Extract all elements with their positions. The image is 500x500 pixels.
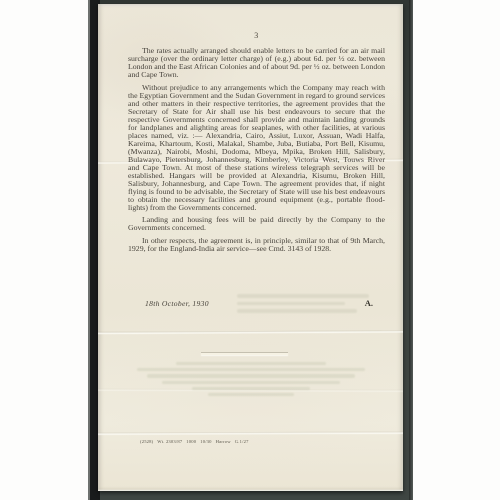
scanned-document-photo: 3 The rates actually arranged should ena… xyxy=(0,0,500,500)
backdrop-shadow-right xyxy=(409,0,413,500)
page-number: 3 xyxy=(128,31,385,40)
paragraph-other-respects: In other respects, the agreement is, in … xyxy=(128,237,385,253)
fold-crease-middle xyxy=(98,330,403,335)
reverse-side-show-through-right xyxy=(237,290,387,317)
paragraph-rates: The rates actually arranged should enabl… xyxy=(128,47,385,79)
reverse-side-show-through xyxy=(98,359,403,399)
show-through-smudge xyxy=(237,302,345,306)
show-through-smudge xyxy=(176,362,326,365)
printer-imprint: (2528) Wt. 2303/87 1000 10/30 Harrow G.1… xyxy=(140,440,249,446)
body-text: The rates actually arranged should enabl… xyxy=(128,47,385,257)
document-page: 3 The rates actually arranged should ena… xyxy=(98,4,403,491)
embossed-rule xyxy=(201,352,288,355)
fold-crease-bottom xyxy=(98,431,403,435)
page-bottom-edge xyxy=(98,489,403,491)
show-through-smudge xyxy=(237,294,369,298)
show-through-smudge xyxy=(237,309,357,313)
show-through-smudge xyxy=(137,368,365,371)
date-line: 18th October, 1930 xyxy=(145,299,209,308)
paragraph-agreement: Without prejudice to any arrangements wh… xyxy=(128,84,385,212)
photo-backdrop: 3 The rates actually arranged should ena… xyxy=(88,0,413,500)
show-through-smudge xyxy=(162,381,340,384)
paragraph-fees: Landing and housing fees will be paid di… xyxy=(128,216,385,232)
show-through-smudge xyxy=(192,387,310,390)
show-through-smudge xyxy=(208,393,294,396)
show-through-smudge xyxy=(147,374,355,377)
